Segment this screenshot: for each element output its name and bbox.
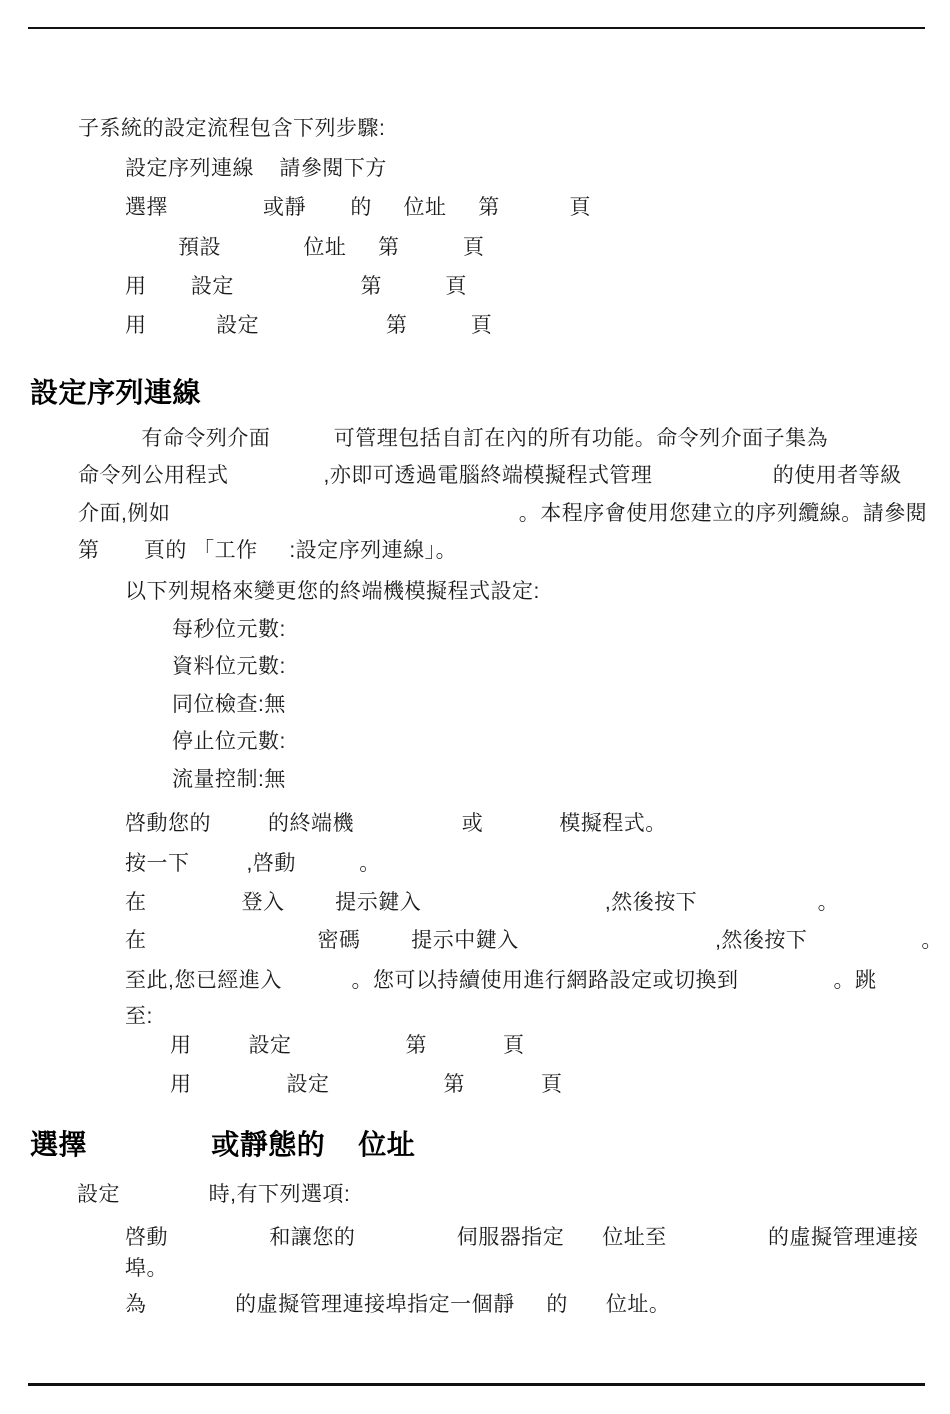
ip-section-heading: 選擇 或靜態的 位址: [30, 1130, 415, 1161]
step-logged-in-line-2: 至:: [125, 1005, 153, 1029]
overview-step-default-ip: 預設 位址 第 頁: [178, 236, 484, 260]
serial-section-heading: 設定序列連線: [30, 378, 201, 409]
overview-step-cli-setup: 用 設定 第 頁: [125, 275, 467, 299]
step-logged-in-line-1: 至此,您已經進入 。您可以持續使用進行網路設定或切換到 。跳: [125, 969, 877, 993]
step-login-prompt: 在 登入 提示鍵入 ,然後按下 。: [125, 891, 839, 915]
step-click-start: 按一下 ,啓動 。: [125, 852, 381, 876]
next-step-web: 用 設定 第 頁: [170, 1073, 563, 1097]
ip-options-intro: 設定 時,有下列選項:: [77, 1183, 350, 1207]
document-page: 子系統的設定流程包含下列步驟: 設定序列連線 請參閱下方 選擇 或靜 的 位址 …: [0, 0, 950, 1414]
top-rule: [28, 27, 925, 29]
next-step-cli: 用 設定 第 頁: [170, 1034, 525, 1058]
option-dhcp-line-2: 埠。: [125, 1257, 168, 1281]
spec-data-bits: 資料位元數:: [172, 655, 286, 679]
spec-parity: 同位檢查:無: [172, 693, 286, 717]
step-launch-terminal: 啓動您的 的終端機 或 模擬程式。: [125, 812, 667, 836]
option-dhcp-line-1: 啓動 和讓您的 伺服器指定 位址至 的虛擬管理連接: [125, 1226, 919, 1250]
overview-step-serial: 設定序列連線 請參閱下方: [125, 157, 387, 181]
overview-step-web-setup: 用 設定 第 頁: [125, 314, 492, 338]
step-password-prompt: 在 密碼 提示中鍵入 ,然後按下 。: [125, 929, 943, 953]
spec-bits-per-second: 每秒位元數:: [172, 618, 286, 642]
terminal-specs-intro: 以下列規格來變更您的終端機模擬程式設定:: [125, 580, 540, 604]
serial-para-line-4: 第 頁的 「工作 :設定序列連線」。: [78, 539, 457, 563]
overview-intro: 子系統的設定流程包含下列步驟:: [78, 117, 385, 141]
serial-para-line-1: 有命令列介面 可管理包括自訂在內的所有功能。命令列介面子集為: [78, 427, 828, 451]
option-static-ip: 為 的虛擬管理連接埠指定一個靜 的 位址。: [125, 1293, 670, 1317]
overview-step-choose-ip: 選擇 或靜 的 位址 第 頁: [125, 196, 591, 220]
serial-para-line-3: 介面,例如 。本程序會使用您建立的序列纜線。請參閱: [78, 502, 927, 526]
bottom-rule: [28, 1383, 925, 1386]
serial-para-line-2: 命令列公用程式 ,亦即可透過電腦終端模擬程式管理 的使用者等級: [78, 464, 902, 488]
spec-stop-bits: 停止位元數:: [172, 730, 286, 754]
spec-flow-control: 流量控制:無: [172, 768, 286, 792]
